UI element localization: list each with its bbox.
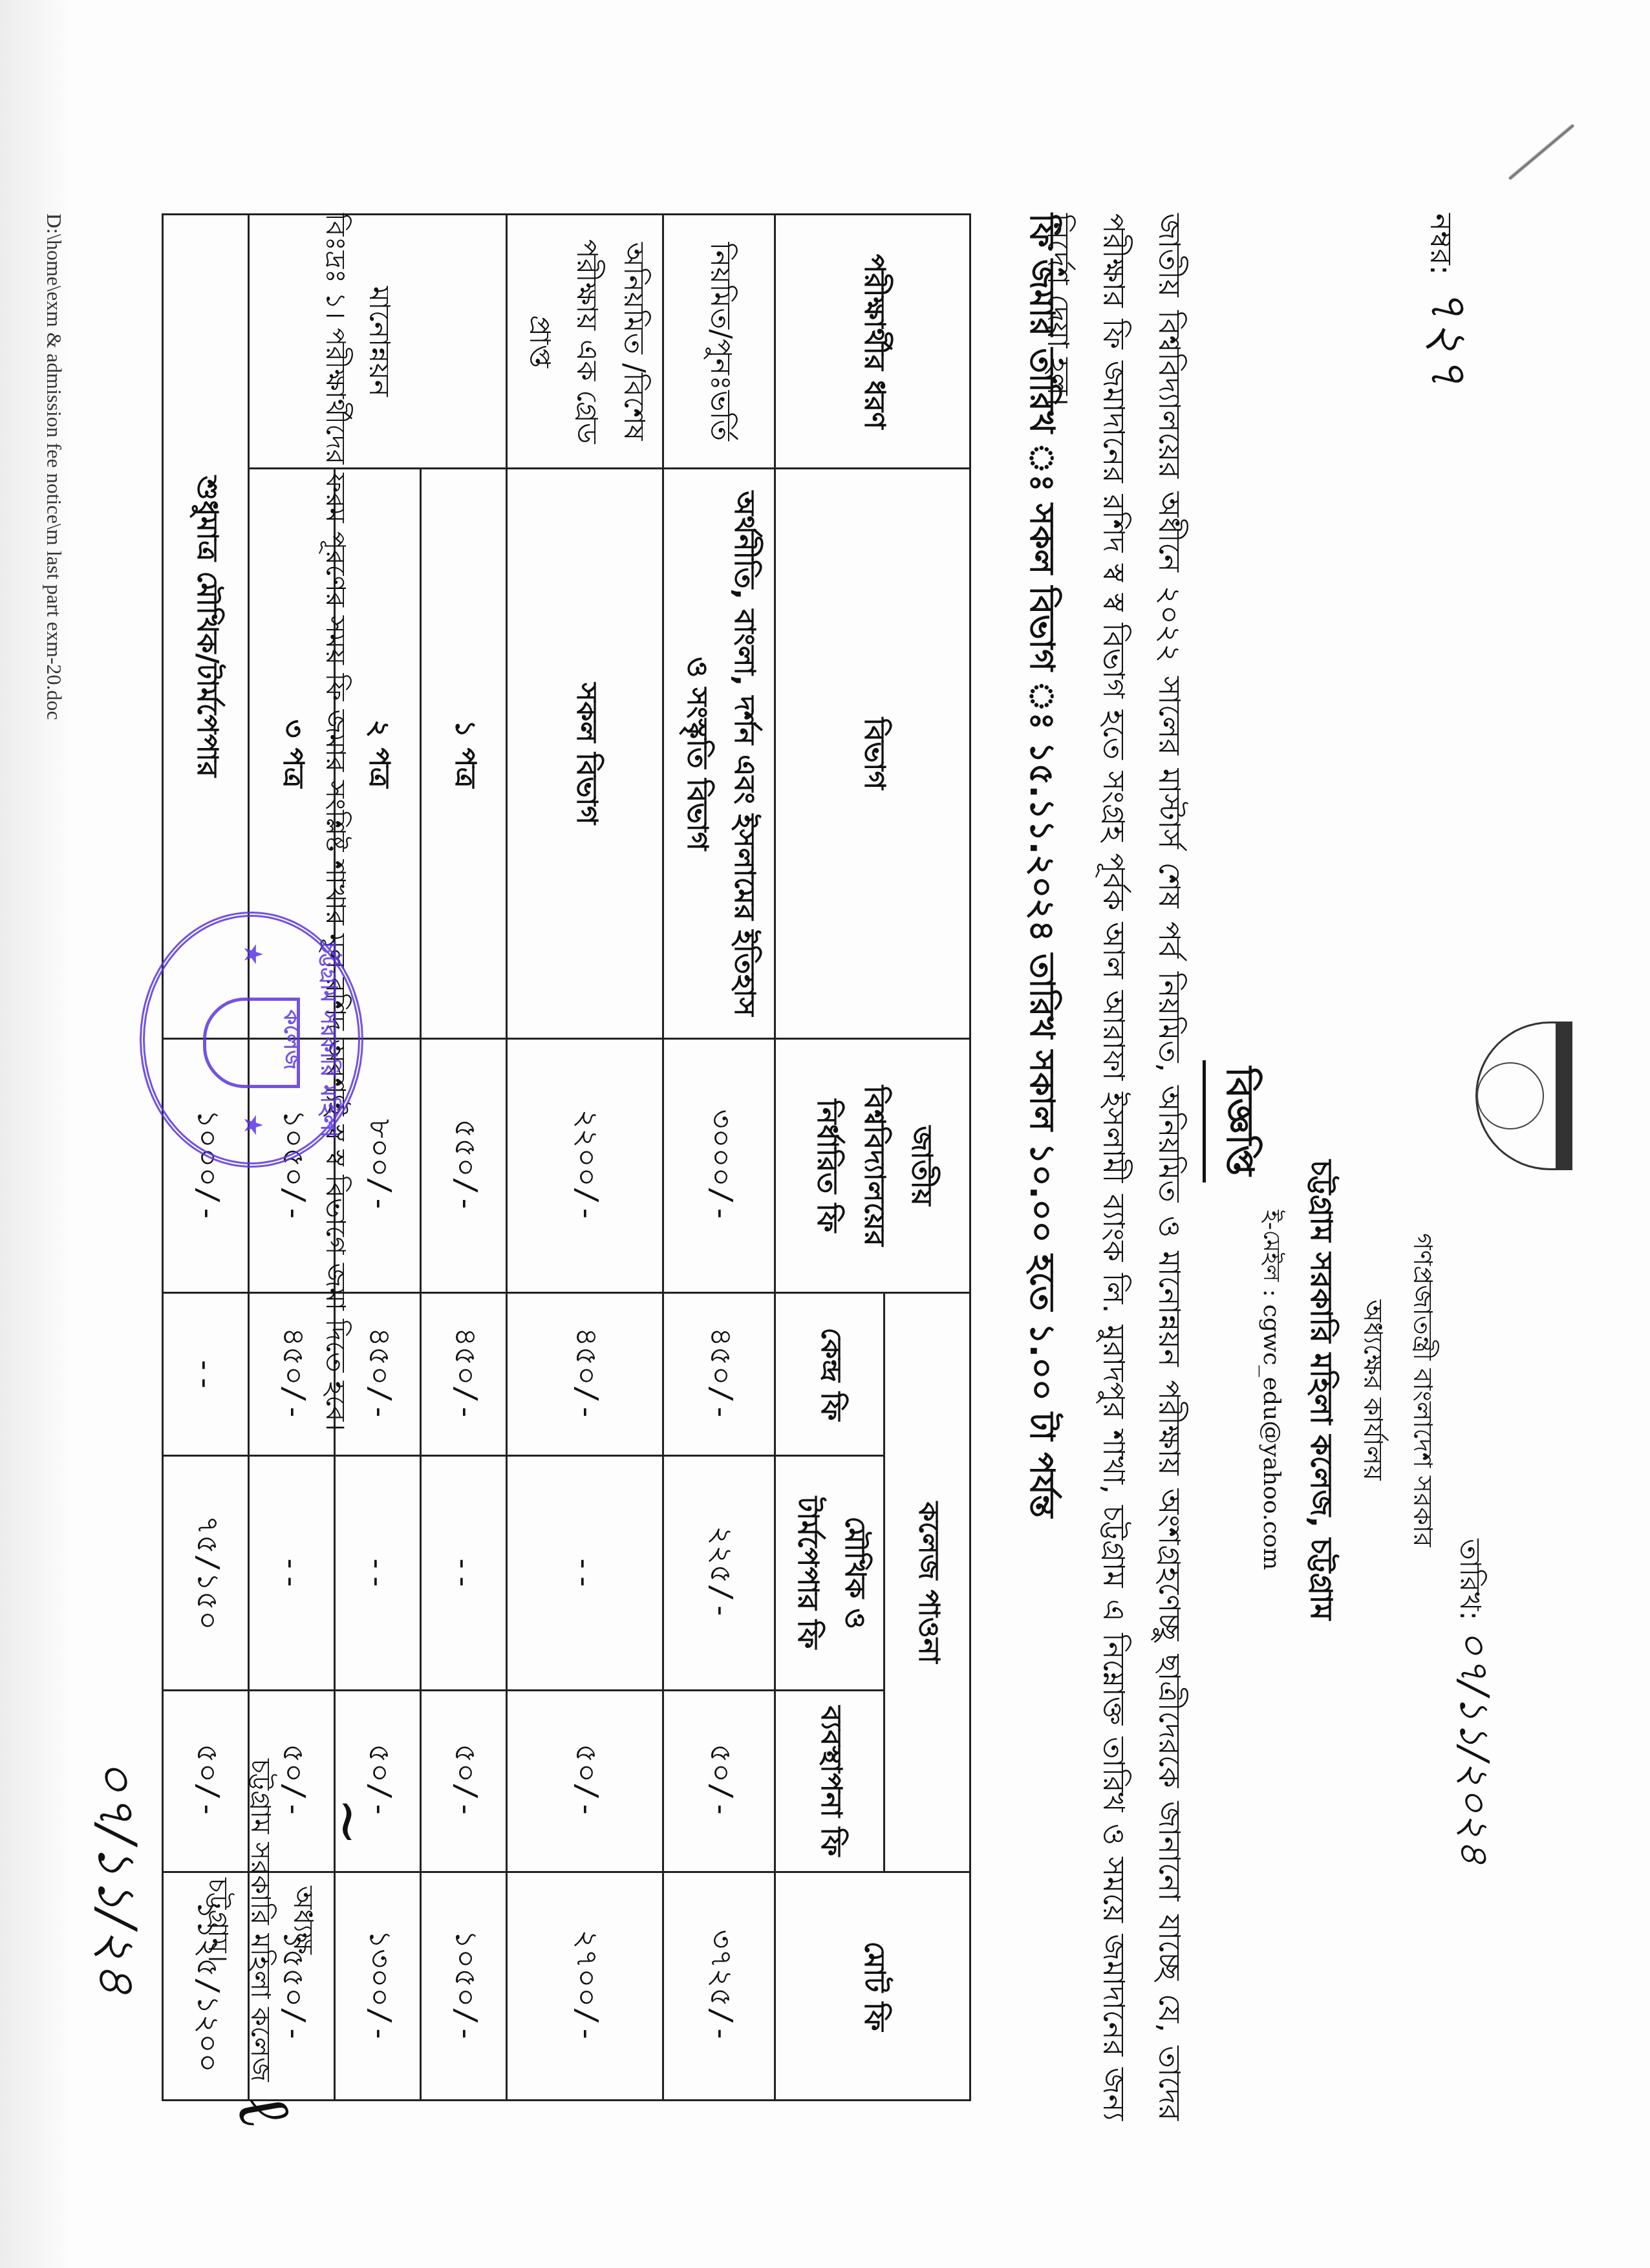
- cell-center-fee: ৪৫০/-: [421, 1293, 507, 1455]
- notice-page: নম্বর: ৭২৭ গণপ্রজাতন্ত্রী বাংলাদেশ সরকার…: [0, 0, 1650, 2268]
- staple-mark: [1508, 123, 1574, 180]
- date-label: তারিখ:: [1444, 1539, 1492, 1620]
- memo-number: নম্বর: ৭২৭: [1402, 213, 1488, 387]
- cell-management-fee: ৫০/-: [663, 1690, 775, 1872]
- cell-management-fee: ৫০/-: [421, 1690, 507, 1872]
- cell-department: অর্থনীতি, বাংলা, দর্শন এবং ইসলামের ইতিহা…: [663, 469, 775, 1039]
- header-center-fee: কেন্দ্র ফি: [775, 1293, 884, 1455]
- college-name: চট্টগ্রাম সরকারি মহিলা কলেজ, চট্টগ্রাম: [1294, 970, 1344, 1810]
- college-logo-icon: [1475, 1022, 1572, 1170]
- cell-management-fee: ৫০/-: [507, 1690, 663, 1872]
- cell-viva-fee: ২২৫/-: [663, 1455, 775, 1690]
- cell-department: সকল বিভাগ: [507, 469, 663, 1039]
- cell-center-fee: ৪৫০/-: [663, 1293, 775, 1455]
- signatory-title: অধ্যক্ষ: [282, 1726, 325, 2114]
- cell-center-fee: ৪৫০/-: [507, 1293, 663, 1455]
- cell-viva-fee: --: [421, 1455, 507, 1690]
- header-viva-termpaper-fee: মৌখিক ও টার্মপেপার ফি: [775, 1455, 884, 1690]
- government-name: গণপ্রজাতন্ত্রী বাংলাদেশ সরকার: [1400, 970, 1443, 1810]
- cell-department: ১ পত্র: [421, 469, 507, 1039]
- handwritten-date: ০৭/১১/২৪: [70, 1759, 156, 1995]
- table-row: মানোন্নয়ন ১ পত্র ৫৫০/- ৪৫০/- -- ৫০/- ১০…: [421, 215, 507, 2101]
- file-path-footer: D:\home\exm & admission fee notice\m las…: [42, 213, 66, 720]
- header-management-fee: ব্যবস্থাপনা ফি: [775, 1690, 884, 1872]
- letterhead: গণপ্রজাতন্ত্রী বাংলাদেশ সরকার অধ্যক্ষের …: [1250, 970, 1443, 1810]
- stamp-crest-icon: [203, 998, 300, 1088]
- cell-total-fee: ২৭০০/-: [507, 1872, 663, 2101]
- header-department: বিভাগ: [775, 469, 970, 1039]
- cell-nu-fee: ৩০০০/-: [663, 1038, 775, 1292]
- header-total-fee: মোট ফি: [775, 1872, 970, 2101]
- cell-type: অনিয়মিত /বিশেষ পরীক্ষায় এক গ্রেড প্রাপ…: [507, 215, 663, 469]
- cell-viva-fee: ৭৫/১৫০: [163, 1455, 249, 1690]
- date-value: ০৭/১১/২০২৪: [1438, 1629, 1505, 1865]
- header-college-dues: কলেজ পাওনা: [884, 1293, 970, 1872]
- cell-total-fee: ৩৭২৫/-: [663, 1872, 775, 2101]
- memo-label: নম্বর:: [1414, 213, 1463, 275]
- signatory-institution: চট্টগ্রাম সরকারি মহিলা কলেজ: [239, 1726, 282, 2114]
- signatory-city: চট্টগ্রাম।: [197, 1726, 239, 2114]
- star-icon: ★: [238, 943, 268, 966]
- cell-type: নিয়মিত/পুনঃভর্তি: [663, 215, 775, 469]
- header-nu-fee: জাতীয় বিশ্ববিদ্যালয়ের নির্ধারিত ফি: [775, 1038, 970, 1292]
- fee-deadline: ফি জমার তারিখ ঃ সকল বিভাগ ঃ ১৫.১১.২০২৪ ত…: [1012, 213, 1068, 1517]
- signature-block: অধ্যক্ষ চট্টগ্রাম সরকারি মহিলা কলেজ চট্ট…: [197, 1726, 325, 2114]
- memo-value: ৭২৭: [1402, 286, 1488, 387]
- cell-center-fee: --: [163, 1293, 249, 1455]
- table-row: অনিয়মিত /বিশেষ পরীক্ষায় এক গ্রেড প্রাপ…: [507, 215, 663, 2101]
- cell-viva-fee: --: [507, 1455, 663, 1690]
- cell-nu-fee: ৫৫০/-: [421, 1038, 507, 1292]
- notice-title: বিজ্ঞপ্তি: [1203, 1060, 1269, 1182]
- cell-total-fee: ১০৫০/-: [421, 1872, 507, 2101]
- college-seal-stamp: চট্টগ্রাম সরকারি মহিলা কলেজ ★ ★: [140, 912, 363, 1168]
- cell-nu-fee: ২২০০/-: [507, 1038, 663, 1292]
- initials-mark: ~: [315, 1797, 383, 1846]
- office-name: অধ্যক্ষের কার্যালয়: [1350, 970, 1393, 1810]
- cell-type: মানোন্নয়ন: [249, 215, 507, 469]
- table-row: নিয়মিত/পুনঃভর্তি অর্থনীতি, বাংলা, দর্শন…: [663, 215, 775, 2101]
- header-examinee-type: পরীক্ষার্থীর ধরণ: [775, 215, 970, 469]
- star-icon: ★: [238, 1113, 268, 1137]
- notice-date: তারিখ: ০৭/১১/২০২৪: [1438, 1539, 1505, 1865]
